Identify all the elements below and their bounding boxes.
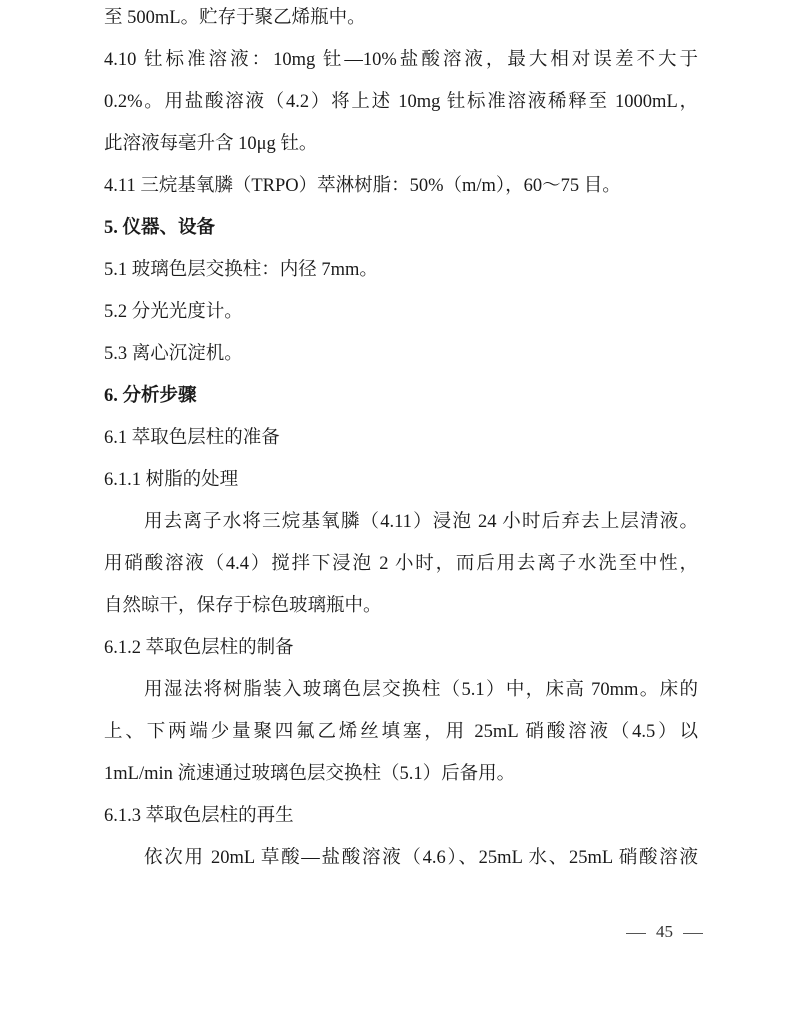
text-line: 此溶液每毫升含 10μg 钍。 (104, 132, 317, 156)
text-line: 至 500mL。贮存于聚乙烯瓶中。 (104, 6, 366, 30)
text-line-4-10: 4.10 钍标准溶液：10mg 钍—10%盐酸溶液，最大相对误差不大于 (104, 48, 698, 72)
subsection-heading-6-1-3: 6.1.3 萃取色层柱的再生 (104, 804, 294, 828)
subsection-heading-6-1-1: 6.1.1 树脂的处理 (104, 468, 238, 492)
page-footer: 45 (616, 922, 713, 942)
subsection-heading-6-1-2: 6.1.2 萃取色层柱的制备 (104, 636, 294, 660)
section-heading-6: 6. 分析步骤 (104, 384, 197, 408)
paragraph-line: 自然晾干，保存于棕色玻璃瓶中。 (104, 594, 382, 618)
dash-decoration (683, 933, 703, 934)
subsection-heading-6-1: 6.1 萃取色层柱的准备 (104, 426, 280, 450)
dash-decoration (626, 933, 646, 934)
section-heading-5: 5. 仪器、设备 (104, 216, 215, 240)
paragraph-line: 依次用 20mL 草酸—盐酸溶液（4.6）、25mL 水、25mL 硝酸溶液 (104, 846, 698, 870)
paragraph-line: 用湿法将树脂装入玻璃色层交换柱（5.1）中，床高 70mm。床的 (104, 678, 698, 702)
paragraph-line: 上、下两端少量聚四氟乙烯丝填塞，用 25mL 硝酸溶液（4.5）以 (104, 720, 698, 744)
paragraph-line: 用去离子水将三烷基氧膦（4.11）浸泡 24 小时后弃去上层清液。 (104, 510, 698, 534)
text-line: 0.2%。用盐酸溶液（4.2）将上述 10mg 钍标准溶液稀释至 1000mL， (104, 90, 698, 114)
page-number: 45 (656, 922, 673, 941)
text-line-4-11: 4.11 三烷基氧膦（TRPO）萃淋树脂：50%（m/m），60～75 目。 (104, 174, 621, 198)
paragraph-line: 1mL/min 流速通过玻璃色层交换柱（5.1）后备用。 (104, 762, 515, 786)
text-line-5-2: 5.2 分光光度计。 (104, 300, 243, 324)
text-line-5-1: 5.1 玻璃色层交换柱：内径 7mm。 (104, 258, 378, 282)
paragraph-line: 用硝酸溶液（4.4）搅拌下浸泡 2 小时，而后用去离子水洗至中性， (104, 552, 698, 576)
text-line-5-3: 5.3 离心沉淀机。 (104, 342, 243, 366)
